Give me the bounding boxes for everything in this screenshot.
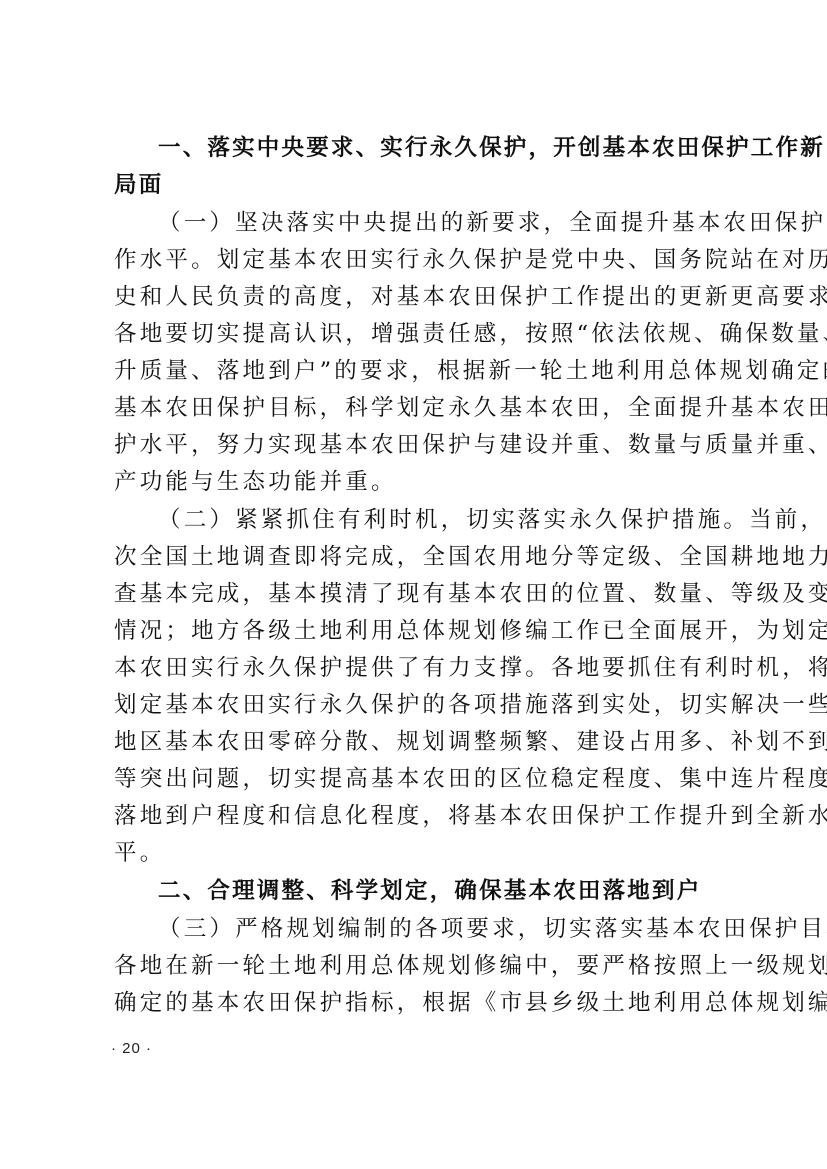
paragraph-2-line: 等突出问题，切实提高基本农田的区位稳定程度、集中连片程度、: [114, 761, 726, 798]
document-page: 一、落实中央要求、实行永久保护，开创基本农田保护工作新 局面 （一）坚决落实中央…: [0, 0, 827, 1169]
section-heading-1-cont: 局面: [114, 167, 726, 204]
paragraph-3-line: 各地在新一轮土地利用总体规划修编中，要严格按照上一级规划: [114, 948, 726, 985]
paragraph-2-line: 划定基本农田实行永久保护的各项措施落到实处，切实解决一些: [114, 687, 726, 724]
paragraph-2-line: 地区基本农田零碎分散、规划调整频繁、建设占用多、补划不到位: [114, 724, 726, 761]
paragraph-2-line: 查基本完成，基本摸清了现有基本农田的位置、数量、等级及变化: [114, 576, 726, 613]
paragraph-2-line: 情况；地方各级土地利用总体规划修编工作已全面展开，为划定基: [114, 613, 726, 650]
paragraph-1-line: 基本农田保护目标，科学划定永久基本农田，全面提升基本农田保: [114, 390, 726, 427]
paragraph-2-line: （二）紧紧抓住有利时机，切实落实永久保护措施。当前，第二: [158, 502, 726, 539]
section-heading-1: 一、落实中央要求、实行永久保护，开创基本农田保护工作新: [158, 130, 726, 167]
page-number: · 20 ·: [111, 1040, 152, 1057]
paragraph-2-line: 平。: [114, 835, 726, 872]
paragraph-2-line: 落地到户程度和信息化程度，将基本农田保护工作提升到全新水: [114, 798, 726, 835]
paragraph-2-line: 本农田实行永久保护提供了有力支撑。各地要抓住有利时机，将: [114, 650, 726, 687]
paragraph-3-line: （三）严格规划编制的各项要求，切实落实基本农田保护目标。: [158, 911, 726, 948]
paragraph-1-line: 产功能与生态功能并重。: [114, 464, 726, 501]
paragraph-1-line: 升质量、落地到户”的要求，根据新一轮土地利用总体规划确定的: [114, 353, 726, 390]
section-heading-2: 二、合理调整、科学划定，确保基本农田落地到户: [158, 873, 726, 910]
paragraph-1-line: （一）坚决落实中央提出的新要求，全面提升基本农田保护工: [158, 205, 726, 242]
paragraph-3-line: 确定的基本农田保护指标，根据《市县乡级土地利用总体规划编制: [114, 985, 726, 1022]
paragraph-1-line: 史和人民负责的高度，对基本农田保护工作提出的更新更高要求。: [114, 279, 726, 316]
paragraph-1-line: 护水平，努力实现基本农田保护与建设并重、数量与质量并重、生: [114, 427, 726, 464]
paragraph-1-line: 各地要切实提高认识，增强责任感，按照“依法依规、确保数量、提: [114, 316, 726, 353]
paragraph-1-line: 作水平。划定基本农田实行永久保护是党中央、国务院站在对历: [114, 242, 726, 279]
paragraph-2-line: 次全国土地调查即将完成，全国农用地分等定级、全国耕地地力调: [114, 539, 726, 576]
